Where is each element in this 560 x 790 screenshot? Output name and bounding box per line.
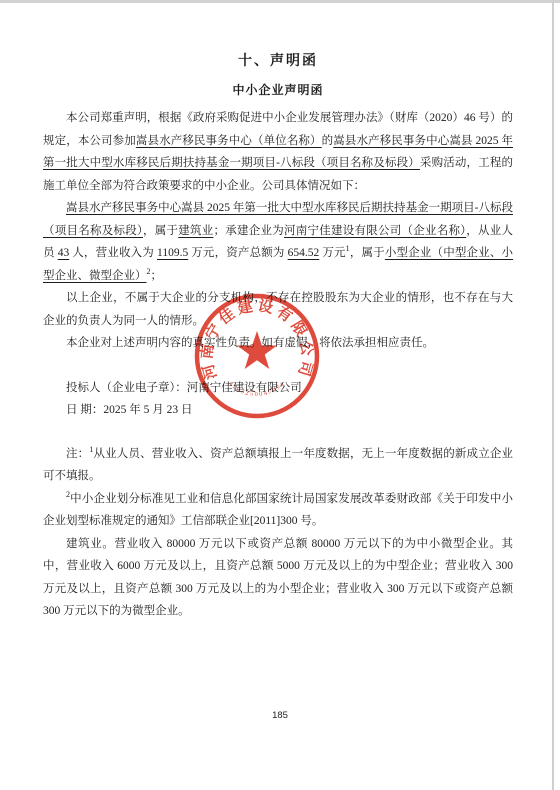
notes-block: 注：1从业人员、营业收入、资产总额填报上一年度数据，无上一年度数据的新成立企业可… — [43, 443, 513, 623]
section-title: 十、声明函 — [43, 50, 513, 70]
paragraph-company-details: 嵩县水产移民事务中心嵩县 2025 年第一批大中型水库移民后期扶持基金一期项目-… — [43, 197, 513, 287]
paragraph-declaration-intro: 本公司郑重声明，根据《政府采购促进中小企业发展管理办法》（财库（2020）46 … — [43, 107, 513, 197]
bidder-line: 投标人（企业电子章）：河南宁佳建设有限公司 — [66, 377, 513, 400]
page-top-edge — [0, 0, 560, 3]
page-number: 185 — [0, 710, 560, 721]
note-1: 注：1从业人员、营业收入、资产总额填报上一年度数据，无上一年度数据的新成立企业可… — [43, 443, 513, 488]
document-content: 十、声明函 中小企业声明函 本公司郑重声明，根据《政府采购促进中小企业发展管理办… — [43, 50, 513, 623]
paragraph-responsibility: 本企业对上述声明内容的真实性负责。如有虚假，将依法承担相应责任。 — [43, 332, 513, 355]
signature-block: 投标人（企业电子章）：河南宁佳建设有限公司 日 期：2025 年 5 月 23 … — [43, 377, 513, 422]
page-right-edge — [552, 0, 554, 790]
document-title: 中小企业声明函 — [43, 81, 513, 98]
date-line: 日 期：2025 年 5 月 23 日 — [66, 399, 513, 422]
note-3: 建筑业。营业收入 80000 万元以下或资产总额 80000 万元以下的为中小微… — [43, 533, 513, 623]
note-2: 2中小企业划分标准见工业和信息化部国家统计局国家发展改革委财政部《关于印发中小企… — [43, 488, 513, 533]
document-page: 十、声明函 中小企业声明函 本公司郑重声明，根据《政府采购促进中小企业发展管理办… — [0, 0, 560, 790]
paragraph-no-large-enterprise: 以上企业，不属于大企业的分支机构，不存在控股股东为大企业的情形，也不存在与大企业… — [43, 287, 513, 332]
